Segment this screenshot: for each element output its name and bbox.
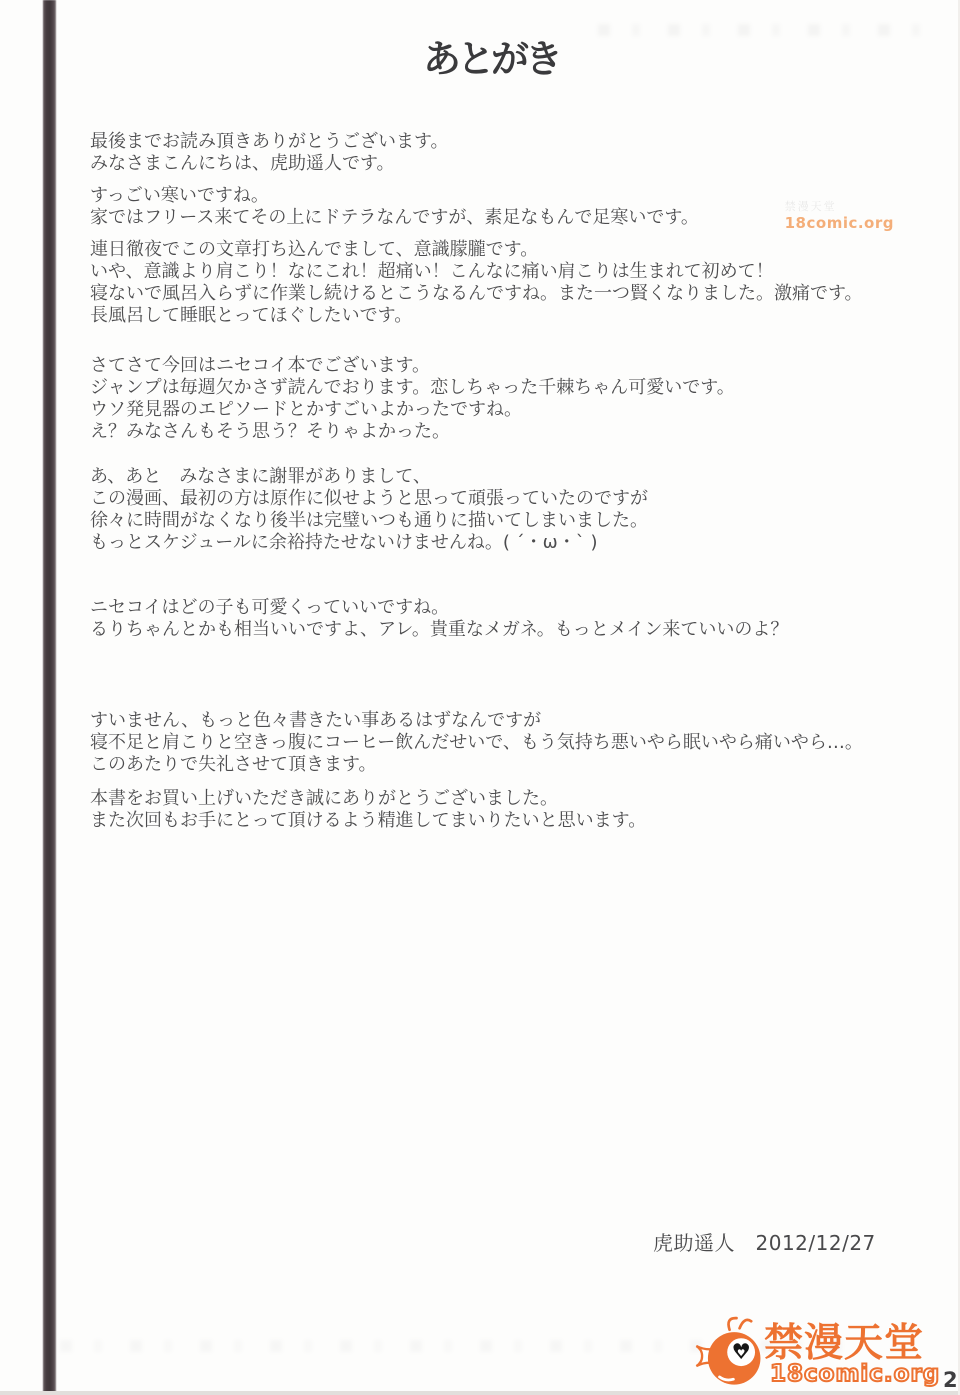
afterword-paragraph-greeting: 最後までお読み頂きありがとうございます。 みなさまこんにちは、虎助遥人です。 [90, 131, 449, 175]
afterword-paragraph-characters: ニセコイはどの子も可愛くっていいですね。 るりちゃんとかも相当いいですよ、アレ。… [90, 597, 788, 641]
afterword-paragraph-closing-excuse: すいません、もっと色々書きたい事あるはずなんですが 寝不足と肩こりと空きっ腹にコ… [90, 710, 863, 776]
whale-mascot-icon: ♥ ♥ [694, 1311, 762, 1391]
watermark-brand-text: 禁漫天堂 [785, 198, 894, 214]
afterword-paragraph-all-nighters: 連日徹夜でこの文章打ち込んでまして、意識朦朧です。 いや、意識より肩こり！なにこ… [90, 239, 863, 327]
logo-site-text: 18comic.org [770, 1363, 940, 1386]
top-right-watermark: 禁漫天堂 18comic.org [785, 198, 894, 232]
scan-bottom-edge [0, 1391, 960, 1395]
author-signature-date: 虎助遥人 2012/12/27 [653, 1227, 876, 1256]
page-number: 2 [943, 1368, 958, 1392]
scanned-afterword-page: あとがき 最後までお読み頂きありがとうございます。 みなさまこんにちは、虎助遥人… [0, 0, 960, 1395]
afterword-paragraph-cold-weather: すっごい寒いですね。 家ではフリース来てその上にドテラなんですが、素足なもんで足… [90, 185, 699, 229]
afterword-paragraph-thanks: 本書をお買い上げいただき誠にありがとうございました。 また次回もお手にとって頂け… [90, 788, 646, 832]
logo-brand-text: 禁漫天堂 [764, 1324, 924, 1363]
site-logo: ♥ ♥ 禁漫天堂 18comic.org [694, 1311, 956, 1393]
afterword-paragraph-apology: あ、あと みなさまに謝罪がありまして、 この漫画、最初の方は原作に似せようと思っ… [90, 466, 648, 554]
watermark-site-text: 18comic.org [785, 214, 894, 232]
svg-text:♥: ♥ [737, 1348, 745, 1359]
scan-bleedthrough-smudge-top [598, 24, 928, 36]
afterword-paragraph-nisekoi-book: さてさて今回はニセコイ本でございます。 ジャンプは毎週欠かさず読んでおります。恋… [90, 355, 735, 443]
page-title: あとがき [423, 37, 559, 81]
book-gutter-shadow [43, 0, 56, 1395]
